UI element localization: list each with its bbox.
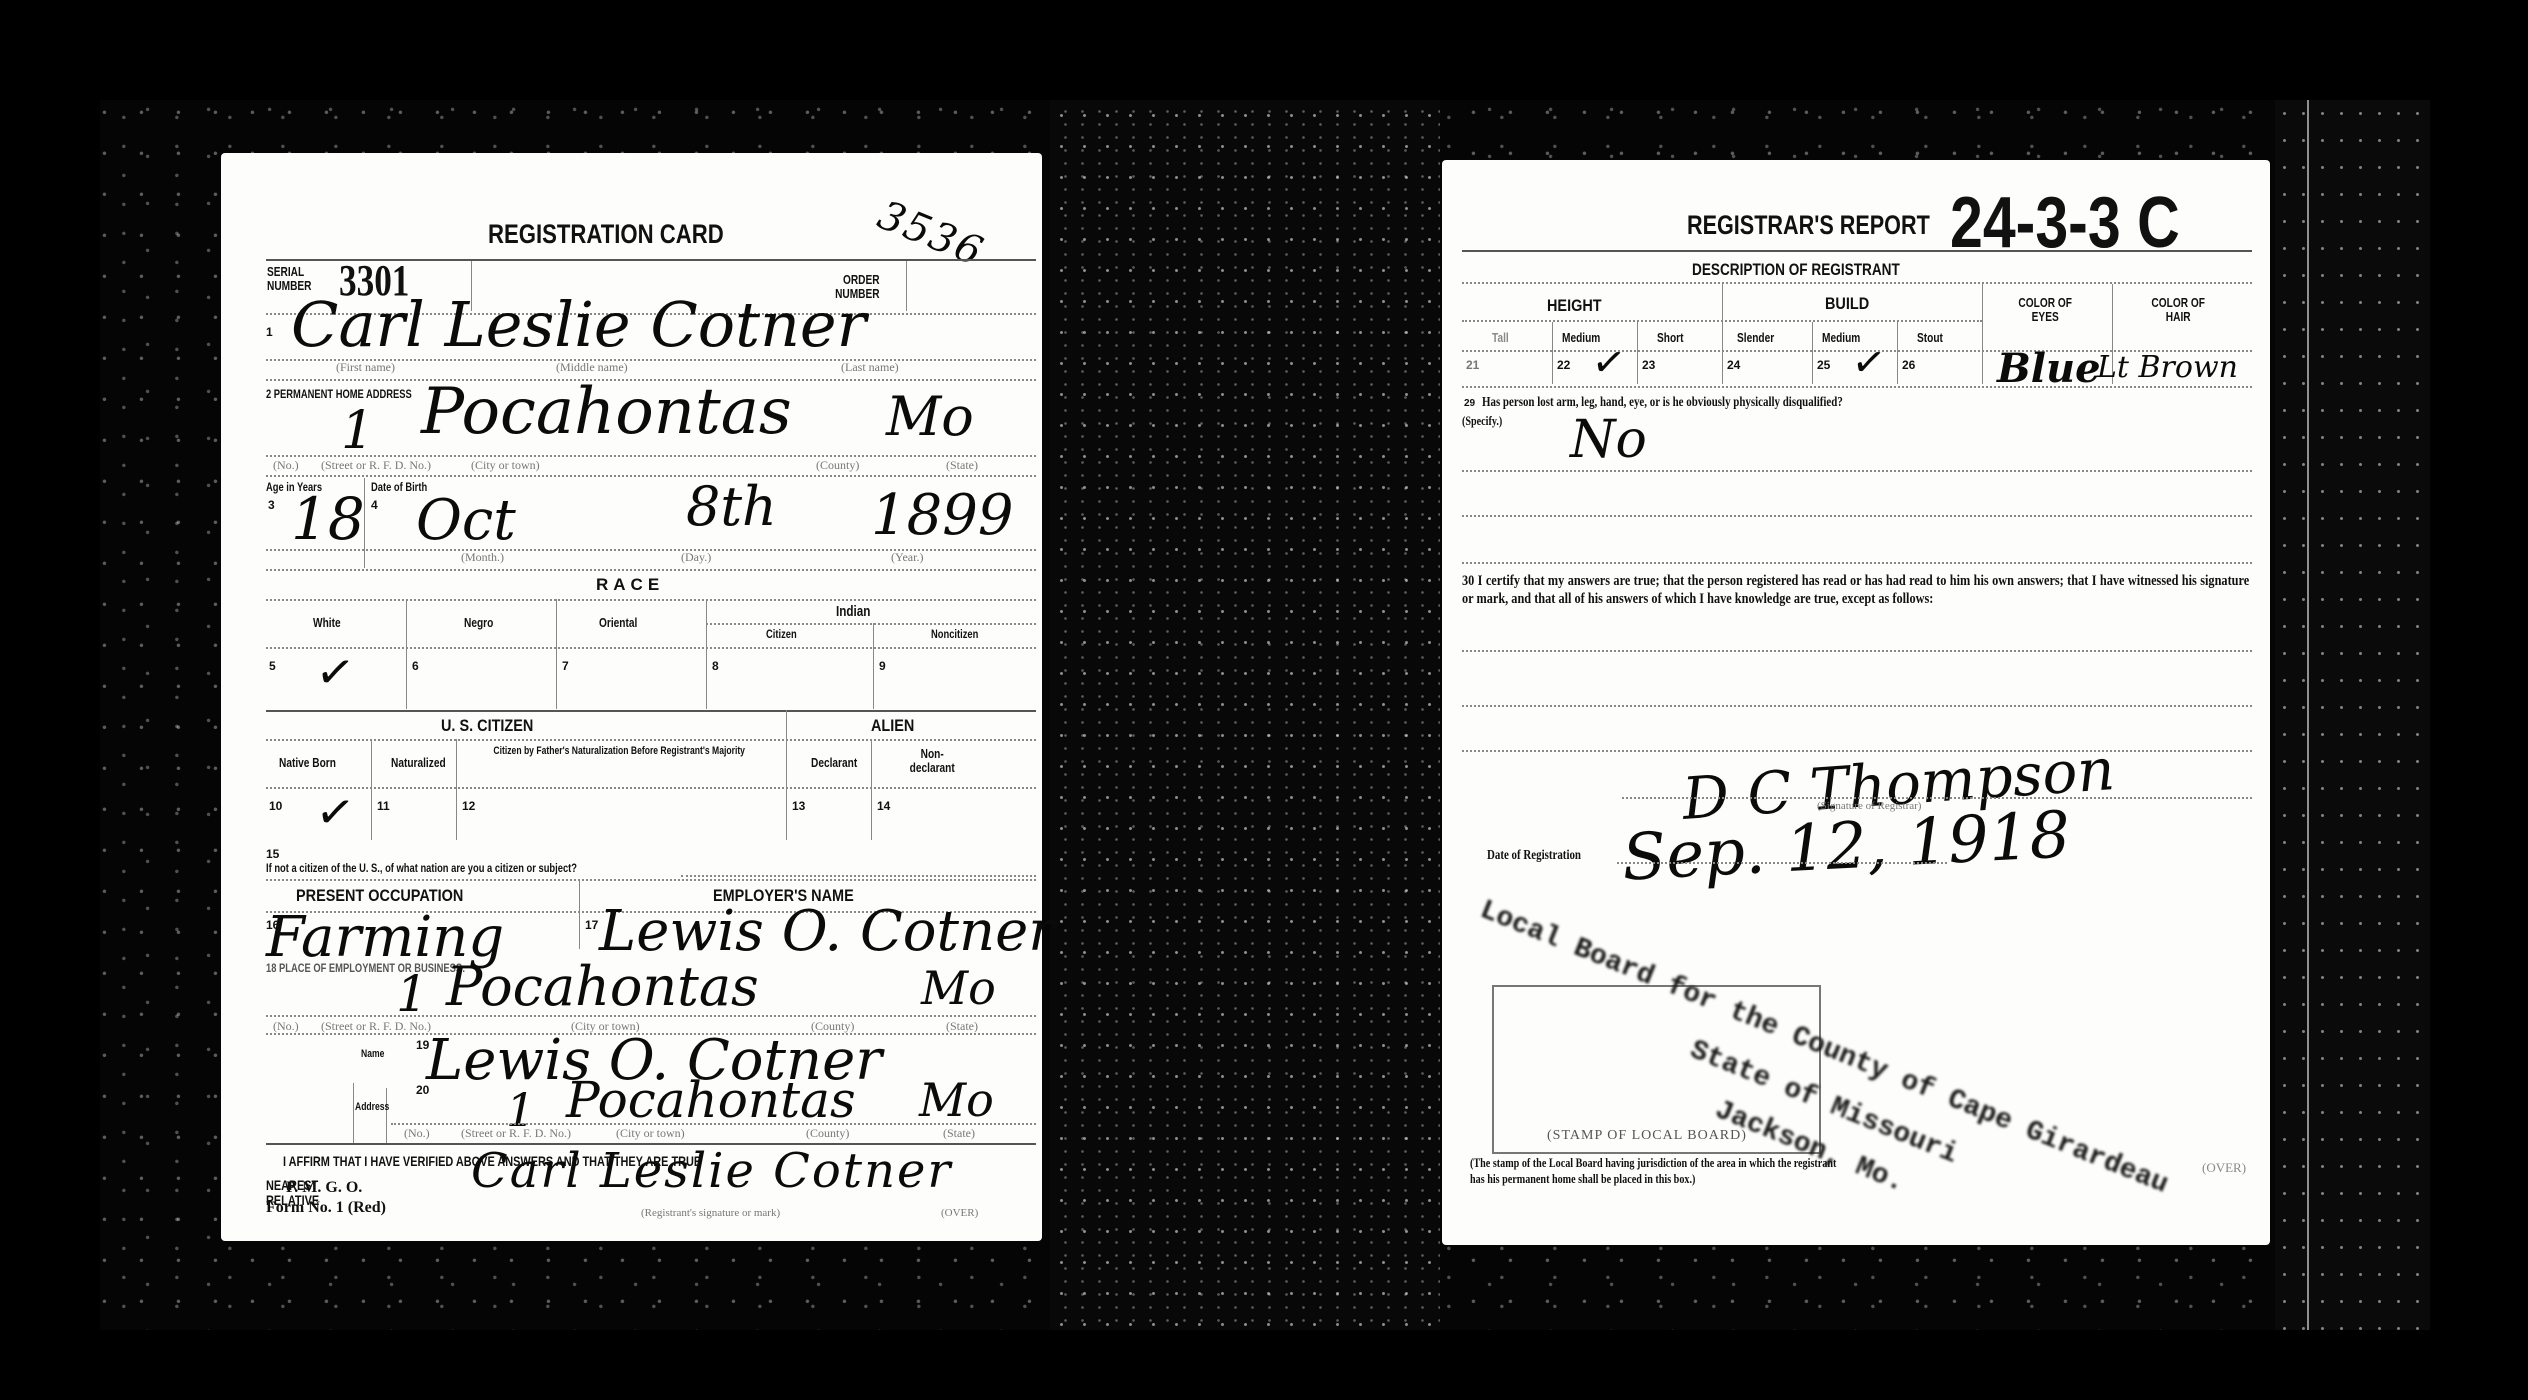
declarant-label: Declarant: [811, 755, 857, 770]
divider: [266, 879, 1036, 881]
divider: [579, 879, 580, 949]
relative-address-state: Mo: [919, 1073, 994, 1127]
divider: [706, 599, 707, 709]
stout-label: Stout: [1917, 330, 1943, 345]
signature-label: (Registrant's signature or mark): [641, 1207, 780, 1219]
divider: [1617, 862, 1947, 864]
report-title: REGISTRAR'S REPORT: [1687, 210, 1930, 241]
divider: [681, 875, 1036, 877]
field-number: 1: [266, 325, 273, 339]
home-address-city: Pocahontas: [421, 375, 792, 449]
employment-state: Mo: [921, 961, 996, 1015]
disqualified-question: Has person lost arm, leg, hand, eye, or …: [1482, 395, 1843, 411]
race-white-checkmark: ✓: [312, 643, 358, 702]
over-label: (OVER): [941, 1207, 978, 1219]
alien-title: ALIEN: [871, 716, 914, 736]
field-number: 26: [1902, 358, 1915, 372]
date-of-registration-label: Date of Registration: [1487, 848, 1581, 864]
us-citizen-title: U. S. CITIZEN: [441, 716, 533, 736]
divider: [1462, 750, 2252, 752]
field-number: 8: [712, 659, 719, 673]
field-number: 13: [792, 799, 805, 813]
card-title: REGISTRATION CARD: [488, 219, 724, 250]
hair-color-label: COLOR OF HAIR: [2147, 296, 2209, 324]
field-number: 20: [416, 1083, 429, 1097]
divider: [391, 1123, 1036, 1125]
divider: [406, 599, 407, 709]
home-address-label: 2 PERMANENT HOME ADDRESS: [266, 387, 412, 401]
relative-name-label: Name: [361, 1048, 384, 1060]
divider: [1462, 250, 2252, 252]
certification-text: 30 I certify that my answers are true; t…: [1462, 572, 2249, 608]
divider: [1982, 284, 1983, 384]
employment-label-no: (No.): [273, 1019, 299, 1034]
field-number: 9: [879, 659, 886, 673]
field-number: 25: [1817, 358, 1830, 372]
film-scratch: [2307, 100, 2309, 1330]
birth-month: Oct: [416, 488, 516, 553]
divider: [873, 623, 874, 709]
divider: [906, 261, 907, 311]
divider: [364, 478, 365, 568]
address-label-street: (Street or R. F. D. No.): [321, 458, 431, 473]
relative-label-state: (State): [943, 1126, 975, 1141]
divider: [1462, 386, 2252, 388]
divider: [1462, 705, 2252, 707]
tall-label: Tall: [1492, 330, 1509, 345]
relative-label-street: (Street or R. F. D. No.): [461, 1126, 571, 1141]
divider: [1637, 322, 1638, 384]
specify-label: (Specify.): [1462, 413, 1502, 429]
short-label: Short: [1657, 330, 1683, 345]
disqualified-answer: No: [1570, 410, 1647, 470]
divider: [1722, 284, 1723, 384]
divider: [1622, 797, 2252, 799]
age-value: 18: [291, 485, 365, 553]
employment-label-state: (State): [946, 1019, 978, 1034]
relative-label-city: (City or town): [616, 1126, 685, 1141]
field-number: 4: [371, 498, 378, 512]
eye-color-value: Blue: [1997, 345, 2101, 392]
divider: [386, 1088, 387, 1143]
divider: [266, 710, 1036, 712]
registrars-report-card: REGISTRAR'S REPORT 24-3-3 C DESCRIPTION …: [1442, 160, 2270, 1245]
month-label: (Month.): [461, 550, 504, 565]
form-id-line2: Form No. 1 (Red): [266, 1199, 386, 1217]
divider: [786, 710, 787, 840]
address-label-city: (City or town): [471, 458, 540, 473]
field-number: 24: [1727, 358, 1740, 372]
height-title: HEIGHT: [1547, 296, 1602, 316]
build-title: BUILD: [1825, 294, 1869, 314]
field-number: 29: [1464, 398, 1475, 409]
registrant-signature: Carl Leslie Cotner: [471, 1143, 952, 1199]
day-label: (Day.): [681, 550, 711, 565]
divider: [266, 599, 1036, 601]
divider: [266, 455, 1036, 457]
eye-color-label: COLOR OF EYES: [2014, 296, 2076, 324]
field-number: 21: [1466, 358, 1479, 372]
first-name-label: (First name): [336, 360, 395, 375]
field-number: 6: [412, 659, 419, 673]
relative-address-city: Pocahontas: [566, 1071, 856, 1129]
year-label: (Year.): [891, 550, 923, 565]
race-negro-label: Negro: [464, 615, 493, 630]
registration-card: REGISTRATION CARD 3536 SERIAL NUMBER 330…: [221, 153, 1042, 1241]
description-title: DESCRIPTION OF REGISTRANT: [1692, 260, 1900, 280]
divider: [266, 739, 1036, 741]
divider: [266, 569, 1036, 571]
film-noise-center: [1050, 100, 1440, 1330]
field-number: 7: [562, 659, 569, 673]
divider: [1812, 322, 1813, 384]
place-of-employment-label: 18 PLACE OF EMPLOYMENT OR BUSINESS:: [266, 961, 465, 975]
field-number: 22: [1557, 358, 1570, 372]
divider: [556, 599, 557, 709]
nation-question: If not a citizen of the U. S., of what n…: [266, 861, 577, 875]
middle-name-label: (Middle name): [556, 360, 628, 375]
field-number: 3: [268, 498, 275, 512]
divider: [266, 475, 1036, 477]
slender-label: Slender: [1737, 330, 1774, 345]
native-born-label: Native Born: [279, 755, 336, 770]
certification-body: I certify that my answers are true; that…: [1462, 573, 2249, 607]
race-white-label: White: [313, 615, 341, 630]
field-number: 14: [877, 799, 890, 813]
field-number: 15: [266, 847, 279, 861]
divider: [456, 739, 457, 840]
relative-address-label: Address: [355, 1101, 389, 1113]
home-address-state: Mo: [886, 385, 974, 448]
field-number: 17: [585, 918, 598, 932]
field-number: 11: [377, 799, 390, 813]
order-number-handwritten: 3536: [871, 192, 990, 276]
non-declarant-label: Non-declarant: [901, 747, 963, 775]
race-oriental-label: Oriental: [599, 615, 637, 630]
divider: [1462, 515, 2252, 517]
divider: [1552, 322, 1553, 384]
relative-label-no: (No.): [404, 1126, 430, 1141]
registrant-name: Carl Leslie Cotner: [291, 288, 866, 361]
height-medium-checkmark: ✓: [1589, 338, 1629, 388]
last-name-label: (Last name): [841, 360, 899, 375]
divider: [1462, 282, 2252, 284]
race-title: RACE: [596, 575, 664, 595]
relative-label-county: (County): [806, 1126, 849, 1141]
address-label-no: (No.): [273, 458, 299, 473]
native-born-checkmark: ✓: [312, 783, 358, 842]
stamp-box-label: (STAMP OF LOCAL BOARD): [1547, 1128, 1747, 1144]
race-indian-label: Indian: [836, 603, 870, 620]
form-id-line1: P. M. G. O.: [286, 1179, 362, 1197]
field-number: 30: [1462, 573, 1474, 589]
divider: [871, 739, 872, 840]
address-label-county: (County): [816, 458, 859, 473]
divider: [1462, 320, 1982, 322]
divider: [706, 623, 1036, 625]
field-number: 12: [462, 799, 475, 813]
field-number: 10: [269, 799, 282, 813]
build-medium-checkmark: ✓: [1849, 338, 1889, 388]
field-number: 23: [1642, 358, 1655, 372]
stamp-instruction: (The stamp of the Local Board having jur…: [1470, 1155, 1837, 1187]
employment-city: Pocahontas: [446, 955, 759, 1018]
birth-day: 8th: [686, 475, 777, 538]
divider: [1462, 562, 2252, 564]
over-label: (OVER): [2202, 1160, 2246, 1176]
race-indian-noncitizen-label: Noncitizen: [931, 627, 978, 641]
employment-label-street: (Street or R. F. D. No.): [321, 1019, 431, 1034]
divider: [266, 1015, 1036, 1017]
divider: [1462, 470, 2252, 472]
divider: [266, 787, 1036, 789]
divider: [353, 1083, 354, 1143]
address-label-state: (State): [946, 458, 978, 473]
home-address-no: 1: [341, 401, 374, 461]
occupation-label: PRESENT OCCUPATION: [296, 886, 463, 906]
field-number: 5: [269, 659, 276, 673]
citizen-by-father-label: Citizen by Father's Naturalization Befor…: [471, 745, 767, 758]
naturalized-label: Naturalized: [391, 755, 446, 770]
birth-year: 1899: [871, 483, 1014, 548]
hair-color-value: Lt Brown: [2097, 350, 2238, 385]
film-noise-right: [2275, 100, 2430, 1330]
divider: [371, 739, 372, 840]
divider: [266, 647, 1036, 649]
divider: [1462, 650, 2252, 652]
race-indian-citizen-label: Citizen: [766, 627, 797, 641]
divider: [1897, 322, 1898, 384]
